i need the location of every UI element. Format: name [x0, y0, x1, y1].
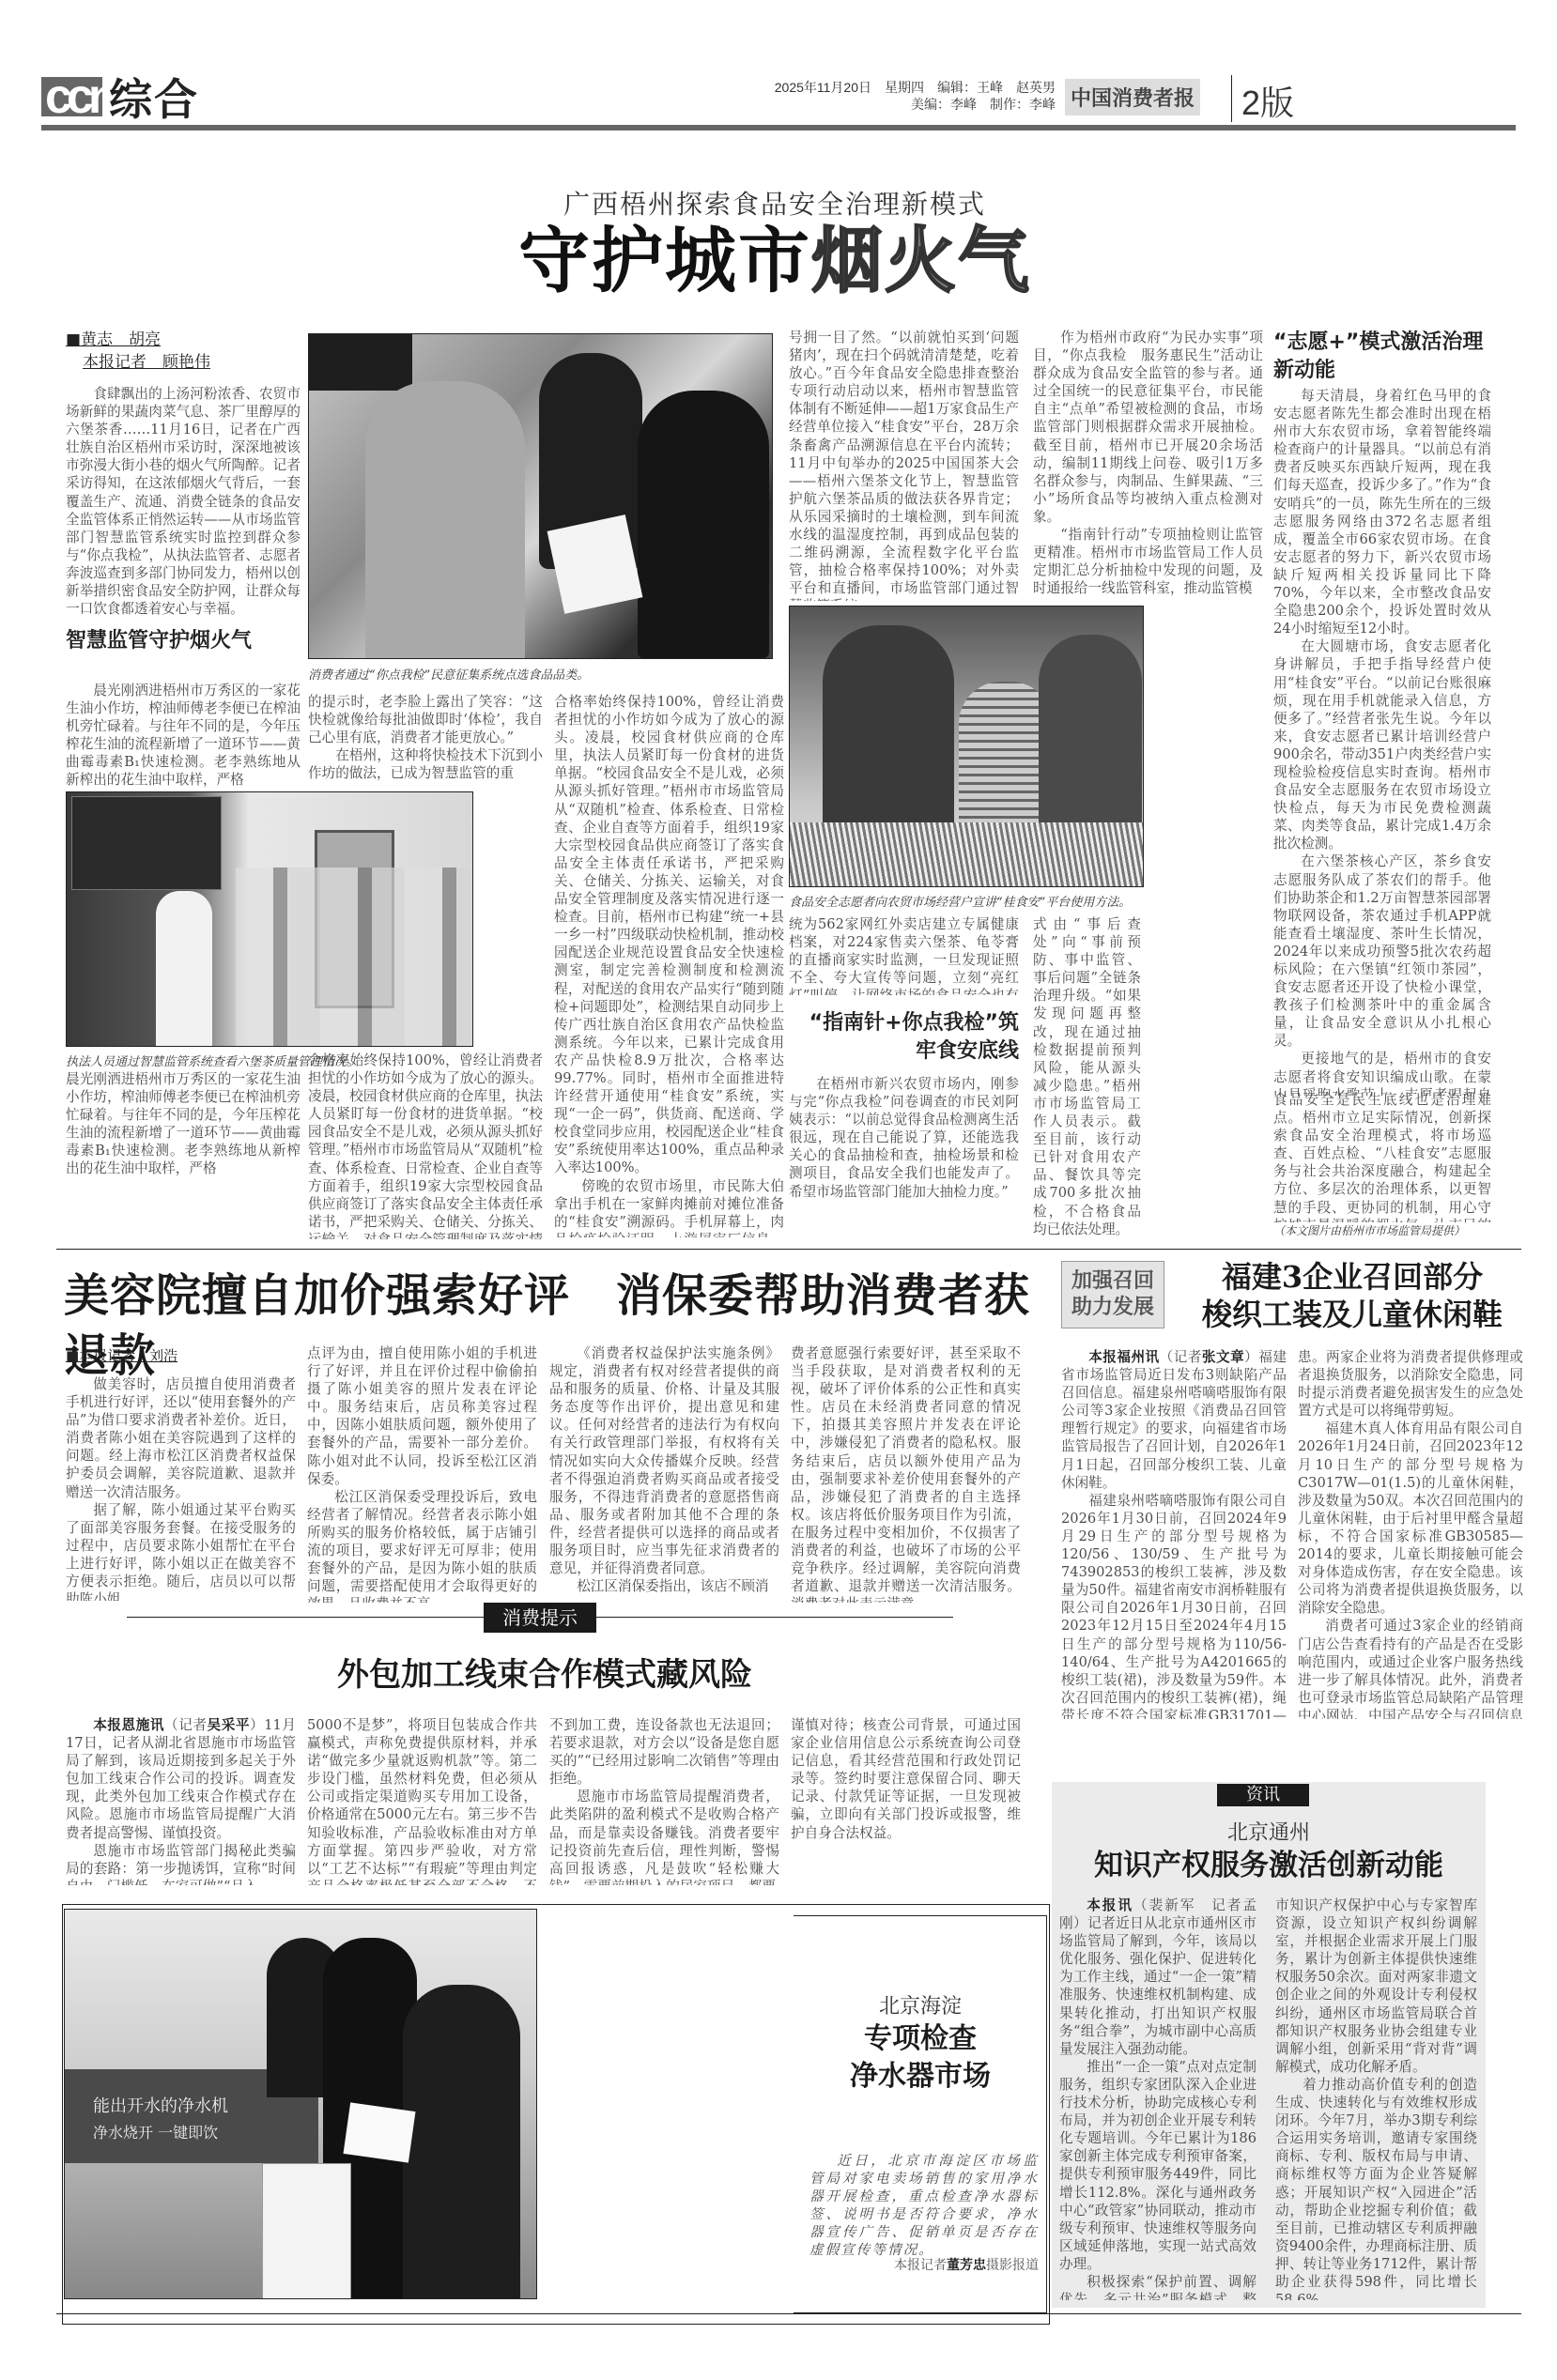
lead-col-3: 合格率始终保持100%，曾经让消费者担忧的小作坊如今成为了放心的源头。凌晨，校园… [554, 693, 784, 1237]
bottom-rule [56, 2313, 1521, 2314]
recall-headline-2: 梭织工装及儿童休闲鞋 [1174, 1296, 1531, 1333]
haidian-headline-1: 专项检查 [808, 2020, 1033, 2058]
tip-col-4: 谨慎对待；核查公司背景，可通过国家企业信用信息公示系统查询公司登记信息，看其经营… [791, 1716, 1021, 1885]
beauty-col-1: 做美容时，店员擅自使用消费者手机进行好评，还以“使用套餐外的产品”为借口要求消费… [66, 1375, 296, 1601]
tip-headline: 外包加工线束合作模式藏风险 [282, 1651, 808, 1699]
tip-col-2: 5000不是梦”，将项目包装成合作共赢模式，声称免费提供原材料，并承诺“做完多少… [307, 1716, 537, 1885]
brief-tag: 资讯 [1217, 1784, 1309, 1806]
brief-kicker: 北京通州 [1052, 1817, 1486, 1846]
photo-smart-monitoring [66, 791, 473, 1047]
photo-volunteer-1 [823, 625, 954, 832]
photo-qr-sheet [547, 514, 643, 614]
edition-number: 2版 [1241, 77, 1294, 125]
paper-name: 中国消费者报 [1065, 79, 1200, 115]
section1-col-a: 晨光刚洒进梧州市万秀区的一家花生油小作坊，榨油师傅老李便已在榨油机旁忙碌着。与往… [66, 682, 301, 799]
beauty-col-4: 费者意愿强行索要好评，甚至采取不当手段获取，是对消费者权利的无视，破坏了评价体系… [791, 1344, 1021, 1603]
photo-officers [236, 868, 470, 1047]
photo-consumer [365, 381, 525, 659]
photo-banner-line-2: 净水烧开 一键即饮 [93, 2121, 318, 2142]
lead-byline-2: 本报记者 顾艳伟 [66, 351, 301, 374]
tip-rule-right [596, 1617, 953, 1618]
haidian-headline-2: 净水器市场 [808, 2058, 1033, 2096]
section3-conclusion: 食品安全是民生底线也是治理难点。梧州市立足实际情况，创新探索食品安全治理模式，将… [1273, 1091, 1491, 1222]
lead-col-4-bottom: 统为562家网红外卖店建立专属健康档案，对224家售卖六堡茶、龟苓膏的直播商家实… [789, 915, 1019, 995]
haidian-kicker: 北京海淀 [808, 1990, 1033, 2019]
haidian-credit: 本报记者董芳忠摄影报道 [809, 2255, 1039, 2274]
lead-col-1-bottom: 晨光刚洒进梧州市万秀区的一家花生油小作坊，榨油师傅老李便已在榨油机旁忙碌着。与往… [66, 1070, 301, 1239]
recall-col-1: 本报福州讯（记者张文章）福建省市场监管局近日发布3则缺陷产品召回信息。福建泉州嗒… [1061, 1348, 1287, 1719]
photo3-caption: 食品安全志愿者向农贸市场经营户宣讲“桂食安”平台使用方法。 [789, 892, 1146, 910]
staff-line: 美编：李峰 制作：李峰 [689, 96, 1056, 113]
photo-man-white [156, 891, 212, 1047]
photo-screen [71, 796, 222, 890]
tip-col-3: 不到加工费，连设备款也无法退回；若要求退款，对方会以“设备是您自愿买的”“已经用… [549, 1716, 779, 1885]
section3-title: “志愿+”模式激活治理新动能 [1273, 329, 1489, 385]
section2-body: 在梧州市新兴农贸市场内，刚参与完“你点我检”问卷调查的市民刘阿姨表示：“以前总觉… [789, 1075, 1019, 1239]
section1-col-b: 的提示时，老李脸上露出了笑容：“这快检就像给每批油做即时‘体检’，我自己心里有底… [308, 693, 543, 801]
photo-water-purifier-inspection: 能出开水的净水机 净水烧开 一键即饮 [64, 1909, 537, 2299]
tip-rule-left [127, 1617, 484, 1618]
lead-col-5-bottom: 式由“事后查处”向“事前预防、事中监管、事后问题”全链条治理升级。“如果发现问题… [1033, 915, 1141, 1239]
masthead-bar [41, 125, 1516, 131]
lead-col-4-top: 号拥一目了然。“以前就怕买到‘问题猪肉’，现在扫个码就清清楚楚，吃着放心。”百今… [789, 329, 1019, 601]
photo-market-volunteers [789, 606, 1144, 887]
photo-banner [309, 334, 412, 391]
lead-intro: 食肆飘出的上汤河粉浓香、农贸市场新鲜的果蔬肉菜气息、茶厂里醇厚的六堡茶香……11… [66, 385, 301, 618]
recall-col-2: 患。两家企业将为消费者提供修理或者退换货服务，以消除安全隐患，同时提示消费者避免… [1298, 1348, 1523, 1719]
tip-col-1: 本报恩施讯（记者吴采平）11月17日，记者从湖北省恩施市市场监管局了解到，该局近… [66, 1716, 296, 1885]
beauty-col-3: 《消费者权益保护法实施条例》规定，消费者有权对经营者提供的商品和服务的质量、价格… [549, 1344, 779, 1603]
beauty-col-2: 点评为由，擅自使用陈小姐的手机进行了好评，并且在评价过程中偷偷拍摄了陈小姐美容的… [307, 1344, 537, 1603]
lead-col-1: ■黄志 胡亮 本报记者 顾艳伟 食肆飘出的上汤河粉浓香、农贸市场新鲜的果蔬肉菜气… [66, 329, 301, 676]
lead-bottom-rule [56, 1249, 1521, 1250]
lead-headline: 守护城市烟火气 [470, 216, 1080, 306]
beauty-byline: ■本报记者 刘浩 [66, 1344, 177, 1367]
photo-credit: （本文图片由梧州市市场监管局提供） [1273, 1222, 1499, 1238]
brief-col-2: 市知识产权保护中心与专家智库资源，设立知识产权纠纷调解室，并根据企业需求开展上门… [1275, 1896, 1477, 2300]
photo-consumer-survey [308, 333, 773, 659]
masthead-divider [1231, 75, 1232, 122]
photo-purifier-unit [262, 2163, 351, 2299]
recall-tag-line-1: 加强召回 [1062, 1267, 1164, 1294]
lead-col-2-bottom: 合格率始终保持100%，曾经让消费者担忧的小作坊如今成为了放心的源头。凌晨，校园… [308, 1052, 543, 1239]
masthead: ccn 综合 2025年11月20日 星期四 编辑：王峰 赵英男 美编：李峰 制… [41, 68, 1516, 133]
recall-tag-line-2: 助力发展 [1062, 1294, 1164, 1320]
lead-headline-hollow: 烟火气 [811, 219, 1031, 302]
recall-headline-1: 福建3企业召回部分 [1174, 1258, 1531, 1296]
lead-col-5-top: 作为梧州市政府“为民办实事”项目，“你点我检 服务惠民生”活动让群众成为食品安全… [1033, 329, 1263, 601]
brief-col-1: 本报讯（裴新军 记者孟刚）记者近日从北京市通州区市场监管局了解到，今年，该局以优… [1059, 1896, 1256, 2300]
ccn-logo: ccn [41, 77, 102, 116]
photo-staff-woman [403, 1985, 520, 2299]
photo-officer-2 [638, 391, 769, 658]
lead-headline-solid: 守护城市 [518, 219, 811, 302]
photo-document [344, 2102, 416, 2162]
lead-byline-1: ■黄志 胡亮 [66, 329, 301, 351]
brief-headline: 知识产权服务激活创新动能 [1052, 1845, 1486, 1886]
section1-title: 智慧监管守护烟火气 [66, 627, 301, 655]
section2-title: “指南针+你点我检”筑牢食安底线 [789, 1009, 1019, 1066]
photo-volunteer-2 [1039, 635, 1142, 832]
section-title: 综合 [109, 66, 199, 128]
tip-tag: 消费提示 [484, 1603, 596, 1633]
date-line: 2025年11月20日 星期四 编辑：王峰 赵英男 [689, 79, 1056, 96]
section3-body: 每天清晨，身着红色马甲的食安志愿者陈先生都会准时出现在梧州市大东农贸市场，拿着智… [1273, 387, 1491, 1096]
photo1-caption: 消费者通过“你点我检”民意征集系统点选食品品类。 [308, 665, 778, 683]
photo-vegetables [790, 822, 1144, 887]
recall-tag: 加强召回 助力发展 [1061, 1261, 1164, 1328]
